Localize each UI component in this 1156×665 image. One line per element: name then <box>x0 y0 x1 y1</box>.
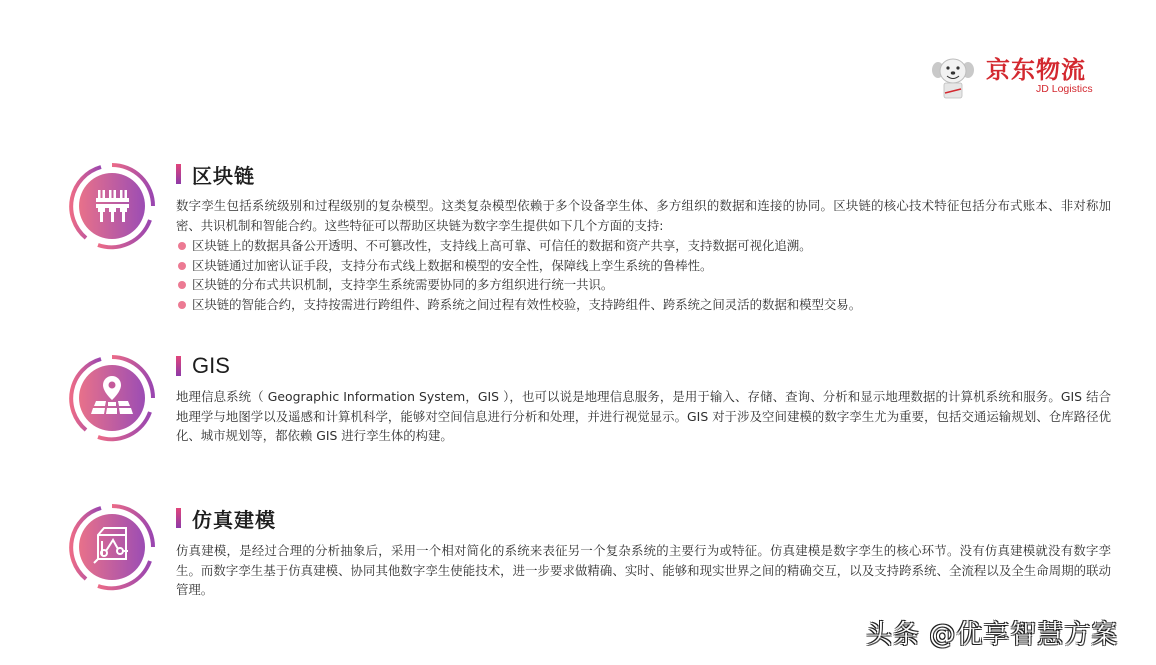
list-item-text: 区块链上的数据具备公开透明、不可篡改性，支持线上高可靠、可信任的数据和资产共享，… <box>192 238 812 253</box>
section-body: 地理信息系统（ Geographic Information System，GI… <box>176 387 1111 446</box>
bullet-dot-icon <box>178 262 186 270</box>
section-body: 仿真建模，是经过合理的分析抽象后，采用一个相对简化的系统来表征另一个复杂系统的主… <box>176 541 1111 600</box>
simulation-model-icon <box>68 503 156 591</box>
list-item-text: 区块链的智能合约，支持按需进行跨组件、跨系统之间过程有效性校验，支持跨组件、跨系… <box>192 297 861 312</box>
section-body: 数字孪生包括系统级别和过程级别的复杂模型。这类复杂模型依赖于多个设备孪生体、多方… <box>176 196 1111 235</box>
blockchain-badge <box>68 162 156 250</box>
list-item: 区块链的分布式共识机制，支持孪生系统需要协同的多方组织进行统一共识。 <box>176 275 1111 295</box>
section-title-row: 区块链 <box>176 160 255 188</box>
list-item-text: 区块链的分布式共识机制，支持孪生系统需要协同的多方组织进行统一共识。 <box>192 277 613 292</box>
gis-badge <box>68 354 156 442</box>
bullet-dot-icon <box>178 242 186 250</box>
list-item: 区块链上的数据具备公开透明、不可篡改性，支持线上高可靠、可信任的数据和资产共享，… <box>176 236 1111 256</box>
bullet-list: 区块链上的数据具备公开透明、不可篡改性，支持线上高可靠、可信任的数据和资产共享，… <box>176 236 1111 314</box>
simulation-badge <box>68 503 156 591</box>
section-title-row: GIS <box>176 352 230 380</box>
jd-dog-mascot-icon <box>930 56 976 100</box>
section-title: 区块链 <box>192 160 255 189</box>
section-title: 仿真建模 <box>192 504 276 533</box>
title-accent-bar <box>176 356 181 376</box>
section-title-row: 仿真建模 <box>176 504 276 532</box>
list-item: 区块链通过加密认证手段，支持分布式线上数据和模型的安全性，保障线上孪生系统的鲁棒… <box>176 256 1111 276</box>
section-title: GIS <box>192 353 230 379</box>
list-item-text: 区块链通过加密认证手段，支持分布式线上数据和模型的安全性，保障线上孪生系统的鲁棒… <box>192 258 712 273</box>
brand-name-cn: 京东物流 <box>986 56 1086 84</box>
list-item: 区块链的智能合约，支持按需进行跨组件、跨系统之间过程有效性校验，支持跨组件、跨系… <box>176 295 1111 315</box>
bullet-dot-icon <box>178 301 186 309</box>
jd-logistics-logo: 京东物流 JD Logistics <box>930 54 1105 104</box>
title-accent-bar <box>176 164 181 184</box>
title-accent-bar <box>176 508 181 528</box>
map-pin-icon <box>68 354 156 442</box>
watermark-text: 头条 @优享智慧方案 <box>866 614 1118 651</box>
brand-name-en: JD Logistics <box>1036 83 1093 95</box>
blockchain-nodes-icon <box>68 162 156 250</box>
bullet-dot-icon <box>178 281 186 289</box>
